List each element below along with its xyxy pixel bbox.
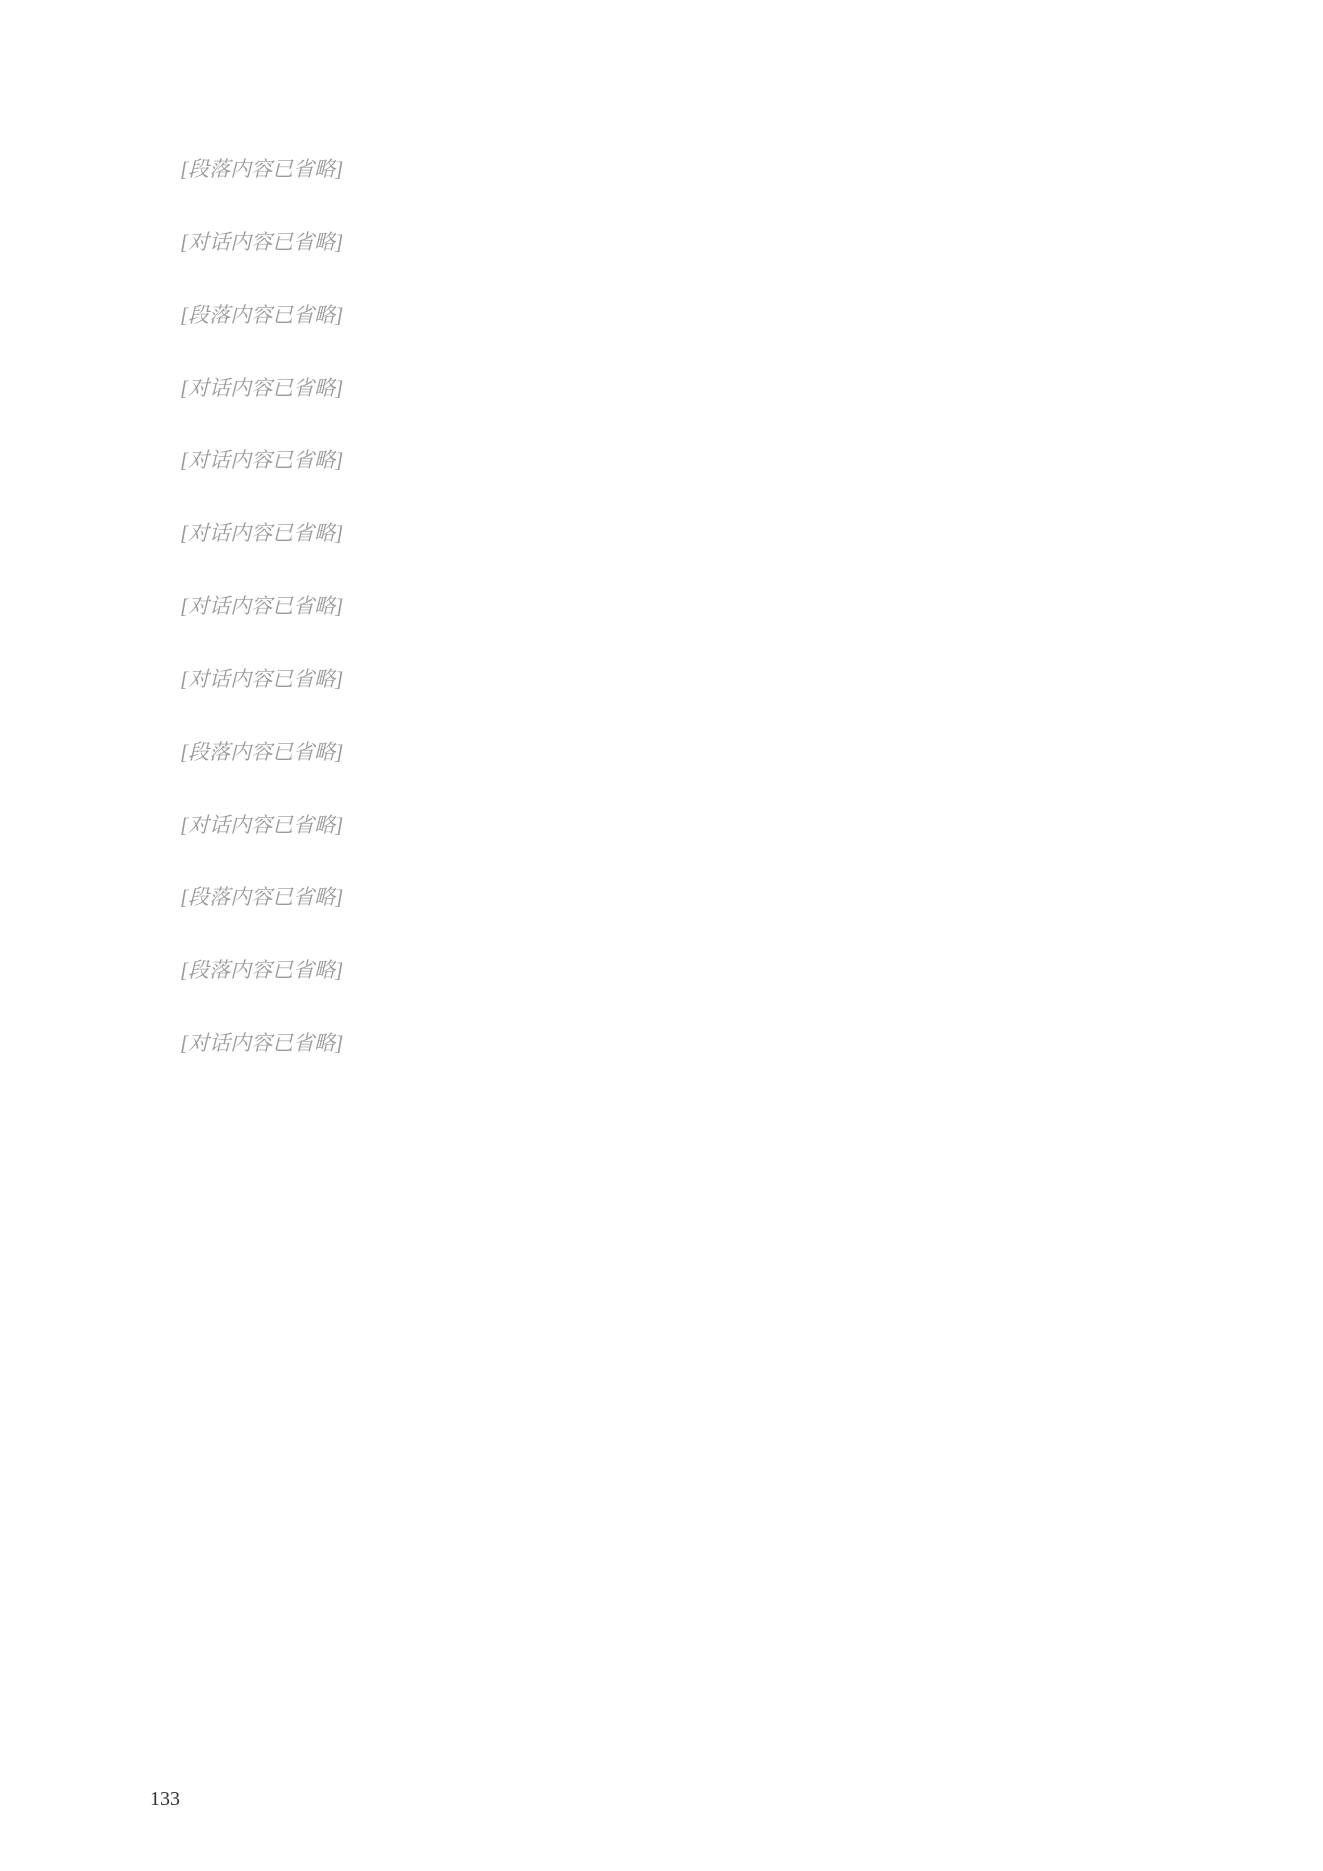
paragraph-placeholder: [段落内容已省略] xyxy=(180,150,1143,189)
paragraph-placeholder: [对话内容已省略] xyxy=(180,660,1143,699)
paragraph-placeholder: [对话内容已省略] xyxy=(180,1024,1143,1063)
page-number: 133 xyxy=(150,1788,180,1811)
paragraph-placeholder: [段落内容已省略] xyxy=(180,878,1143,917)
paragraph-placeholder: [对话内容已省略] xyxy=(180,514,1143,553)
paragraph-placeholder: [对话内容已省略] xyxy=(180,587,1143,626)
paragraph-placeholder: [对话内容已省略] xyxy=(180,223,1143,262)
paragraph-placeholder: [对话内容已省略] xyxy=(180,806,1143,845)
paragraph-placeholder: [段落内容已省略] xyxy=(180,951,1143,990)
paragraph-placeholder: [段落内容已省略] xyxy=(180,296,1143,335)
paragraph-placeholder: [段落内容已省略] xyxy=(180,733,1143,772)
document-page: [段落内容已省略][对话内容已省略][段落内容已省略][对话内容已省略][对话内… xyxy=(0,0,1323,1871)
paragraph-container: [段落内容已省略][对话内容已省略][段落内容已省略][对话内容已省略][对话内… xyxy=(180,150,1143,1063)
paragraph-placeholder: [对话内容已省略] xyxy=(180,441,1143,480)
paragraph-placeholder: [对话内容已省略] xyxy=(180,369,1143,408)
